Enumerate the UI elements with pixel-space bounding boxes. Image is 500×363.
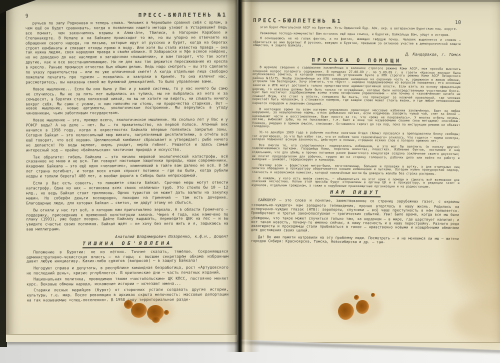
rust-stain	[338, 303, 354, 320]
paragraph: БАЙКОНУР — это слово и понятие, заимство…	[251, 198, 459, 234]
scanned-bulletin-spread: 9 ПРЕСС-БЮЛЛЕТЕНЬ №1 ручьев по залу Роди…	[0, 0, 500, 363]
left-page: 9 ПРЕСС-БЮЛЛЕТЕНЬ №1 ручьев по залу Роди…	[6, 0, 237, 342]
paragraph: Я основываюсь не на голых фактах, а на ф…	[253, 37, 461, 50]
rust-stain	[356, 300, 369, 314]
paragraph: В каждом, у кого есть живая совесть, — о…	[251, 177, 459, 190]
author-signature: Анатолий Владимирович Лазаренко, к.ф.н.,…	[26, 234, 228, 240]
bulletin-title-right: ПРЕСС-БЮЛЛЕТЕНЬ №1	[253, 18, 342, 25]
left-page-text-column: 9 ПРЕСС-БЮЛЛЕТЕНЬ №1 ручьев по залу Роди…	[25, 13, 228, 305]
left-page-header-row: 9 ПРЕСС-БЮЛЛЕТЕНЬ №1	[25, 13, 227, 20]
paragraph: Так обратите: гибель Байкала — это начал…	[26, 154, 228, 179]
rust-stain	[131, 303, 147, 318]
rust-stain	[152, 316, 160, 323]
paragraph: Вы отняли у нас тут всё, о котором нам п…	[26, 207, 228, 232]
paragraph: Негодуют справа и депутаты, в республике…	[26, 265, 228, 275]
rust-stain	[164, 310, 169, 315]
section-heading: ТИШИНА ОБ'ЯВЛЕНА	[26, 241, 228, 249]
rust-stain	[371, 293, 375, 297]
paragraph: Положение в Бурятии: не из лёгких. Точне…	[26, 250, 228, 265]
paragraph: Все смогли те, кто сопротивлялся: подвер…	[252, 144, 460, 164]
paragraph: Национальная политика, проводимая твоим …	[27, 277, 229, 287]
paragraph: В журнале сведения о содержании заключён…	[252, 66, 460, 108]
left-page-number: 9	[25, 13, 28, 19]
paragraph: Новое мышление... Если бы оно было у Вас…	[26, 86, 228, 116]
paragraph: 31-го декабря 1989 года в рабочем посёлк…	[252, 131, 460, 144]
paragraph: Поэтому всем — фашистские метро-были, из…	[252, 164, 460, 177]
right-page-text-column: ПРЕСС-БЮЛЛЕТЕНЬ №1 10 этап Бурят-Монголь…	[251, 18, 461, 247]
bulletin-title-left: ПРЕСС-БЮЛЛЕТЕНЬ №1	[138, 13, 227, 19]
paragraph: В настоящее время по всем лагерям управл…	[252, 108, 460, 132]
paragraph: Новое мышление — это, прежде всего, экол…	[26, 118, 228, 153]
section-heading: НАМ ПИШУТ	[251, 189, 459, 198]
paragraph: Если у Вас есть совесть, то поможете спа…	[26, 181, 228, 206]
right-page-number: 10	[455, 20, 461, 26]
underlying-page-edge	[6, 334, 237, 342]
author-signature: Д. Кандараков, г. Томск	[253, 50, 461, 57]
paragraph: ручьев по залу Родионова и теперь снова.…	[25, 21, 227, 86]
paragraph: Да! Во имя памяти натравили на эту пробл…	[251, 235, 459, 246]
rust-stain	[354, 295, 359, 300]
right-page-top-edge	[240, 0, 500, 2]
